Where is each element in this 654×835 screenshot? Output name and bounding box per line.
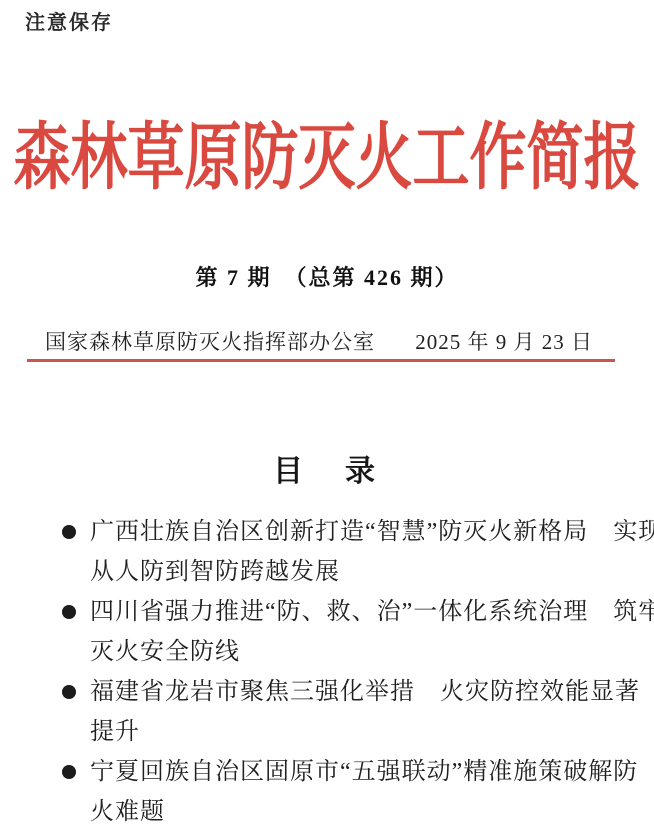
toc-item-line: 提升 [90,712,628,752]
keep-note-label: 注意保存 [25,6,113,35]
toc-heading: 目 录 [0,446,654,490]
publisher-name: 国家森林草原防灭火指挥部办公室 [45,326,375,356]
toc-item-line: 福建省龙岩市聚焦三强化举措 火灾防控效能显著 [90,672,628,712]
toc-item-line: 四川省强力推进“防、救、治”一体化系统治理 筑牢防 [90,592,628,632]
toc-item: 广西壮族自治区创新打造“智慧”防灭火新格局 实现 从人防到智防跨越发展 [62,512,628,592]
toc-list: 广西壮族自治区创新打造“智慧”防灭火新格局 实现 从人防到智防跨越发展 四川省强… [62,512,628,832]
toc-item: 宁夏回族自治区固原市“五强联动”精准施策破解防 火难题 [62,752,628,832]
bulletin-title: 森林草原防灭火工作简报 [0,122,654,195]
issue-number: 第 7 期 （总第 426 期） [0,261,654,292]
bulletin-page: { "page": { "keep_note": "注意保存", "title"… [0,0,654,835]
toc-item-line: 广西壮族自治区创新打造“智慧”防灭火新格局 实现 [90,512,628,552]
toc-item-line: 从人防到智防跨越发展 [90,552,628,592]
bullet-icon [62,525,76,539]
masthead-row: 国家森林草原防灭火指挥部办公室 2025 年 9 月 23 日 [45,326,593,356]
toc-item-line: 火难题 [90,792,628,832]
publish-date: 2025 年 9 月 23 日 [415,326,593,356]
toc-item: 福建省龙岩市聚焦三强化举措 火灾防控效能显著 提升 [62,672,628,752]
toc-item-line: 宁夏回族自治区固原市“五强联动”精准施策破解防 [90,752,628,792]
red-divider-line [27,359,615,362]
bullet-icon [62,685,76,699]
toc-item-line: 灭火安全防线 [90,632,628,672]
bullet-icon [62,605,76,619]
bullet-icon [62,765,76,779]
toc-item: 四川省强力推进“防、救、治”一体化系统治理 筑牢防 灭火安全防线 [62,592,628,672]
